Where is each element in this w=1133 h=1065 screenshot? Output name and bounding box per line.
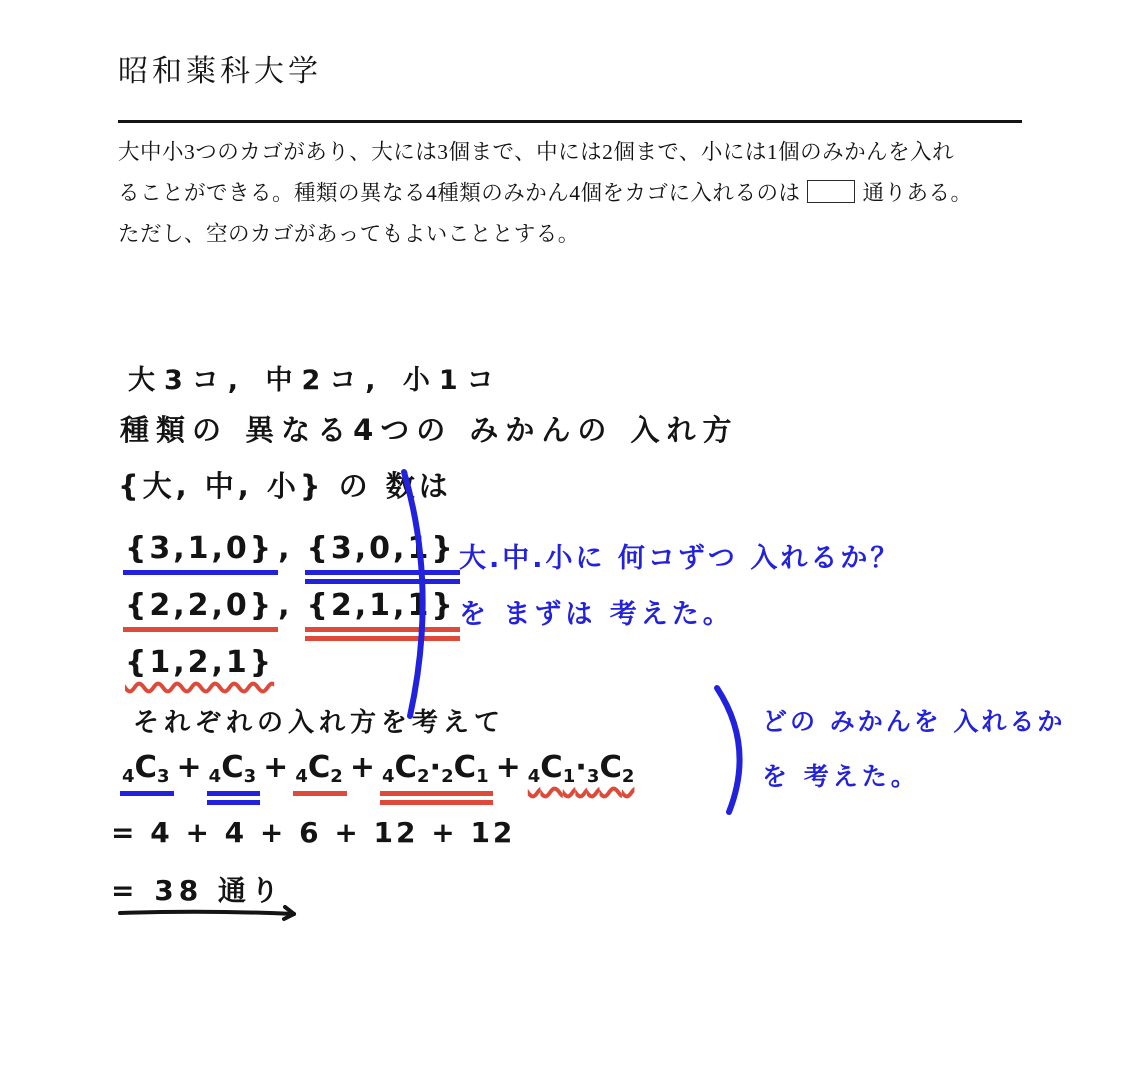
plus-sign: + <box>177 750 202 785</box>
set-121: {1,2,1} <box>125 645 274 680</box>
formula-term-4C1-3C2: 4C1·3C2 <box>528 750 635 785</box>
problem-line-2-after: 通りある。 <box>863 181 973 205</box>
plus-sign: + <box>263 750 288 785</box>
hw-basket-counts-line: 大3コ, 中2コ, 小1コ <box>128 358 503 397</box>
set-separator: , <box>278 588 292 623</box>
formula-term-4C2-2C1: 4C2·2C1 <box>382 750 489 787</box>
note2-line2: を 考えた。 <box>762 757 920 793</box>
note1-line1: 大.中.小に 何コずつ 入れるか？ <box>459 536 900 575</box>
hw-combination-formula: 4C3+4C3+4C2+4C2·2C1+4C1·3C2 <box>122 750 634 787</box>
set-separator: , <box>278 531 292 566</box>
problem-text: 大中小3つのカゴがあり、大には3個まで、中には2個まで、小には1個のみかんを入れ… <box>118 132 1033 255</box>
formula-term-4C3-a: 4C3 <box>122 750 170 787</box>
result-underline-arrow-icon <box>116 901 312 923</box>
problem-line-1: 大中小3つのカゴがあり、大には3個まで、中には2個まで、小には1個のみかんを入れ <box>118 140 954 164</box>
note2-line1: どの みかんを 入れるか <box>762 702 1065 738</box>
hw-each-way-line: それぞれの入れ方を考えて <box>133 702 505 739</box>
plus-sign: + <box>350 750 375 785</box>
plus-sign: + <box>496 750 521 785</box>
hw-sets-row-3: {1,2,1} <box>125 645 274 680</box>
blue-paren-icon-2 <box>713 684 761 818</box>
divider-rule <box>118 120 1022 123</box>
page-title: 昭和薬科大学 <box>118 46 322 90</box>
problem-line-3: ただし、空のカゴがあってもよいこととする。 <box>118 222 580 246</box>
problem-line-2-before: ることができる。種類の異なる4種類のみかん4個をカゴに入れるのは <box>118 181 801 205</box>
answer-blank-box <box>807 180 855 203</box>
hw-kinds-line: 種類の 異なる4つの みかんの 入れ方 <box>120 408 738 449</box>
set-310: {3,1,0} <box>125 531 274 566</box>
set-220: {2,2,0} <box>125 588 274 623</box>
formula-term-4C2: 4C2 <box>295 750 343 787</box>
formula-term-4C3-b: 4C3 <box>209 750 257 787</box>
worksheet-page: 昭和薬科大学 大中小3つのカゴがあり、大には3個まで、中には2個まで、小には1個… <box>0 0 1133 1065</box>
hw-sum-line: = 4 + 4 + 6 + 12 + 12 <box>111 816 515 849</box>
blue-paren-icon-1 <box>398 468 442 722</box>
note1-line2: を まずは 考えた。 <box>459 592 734 631</box>
